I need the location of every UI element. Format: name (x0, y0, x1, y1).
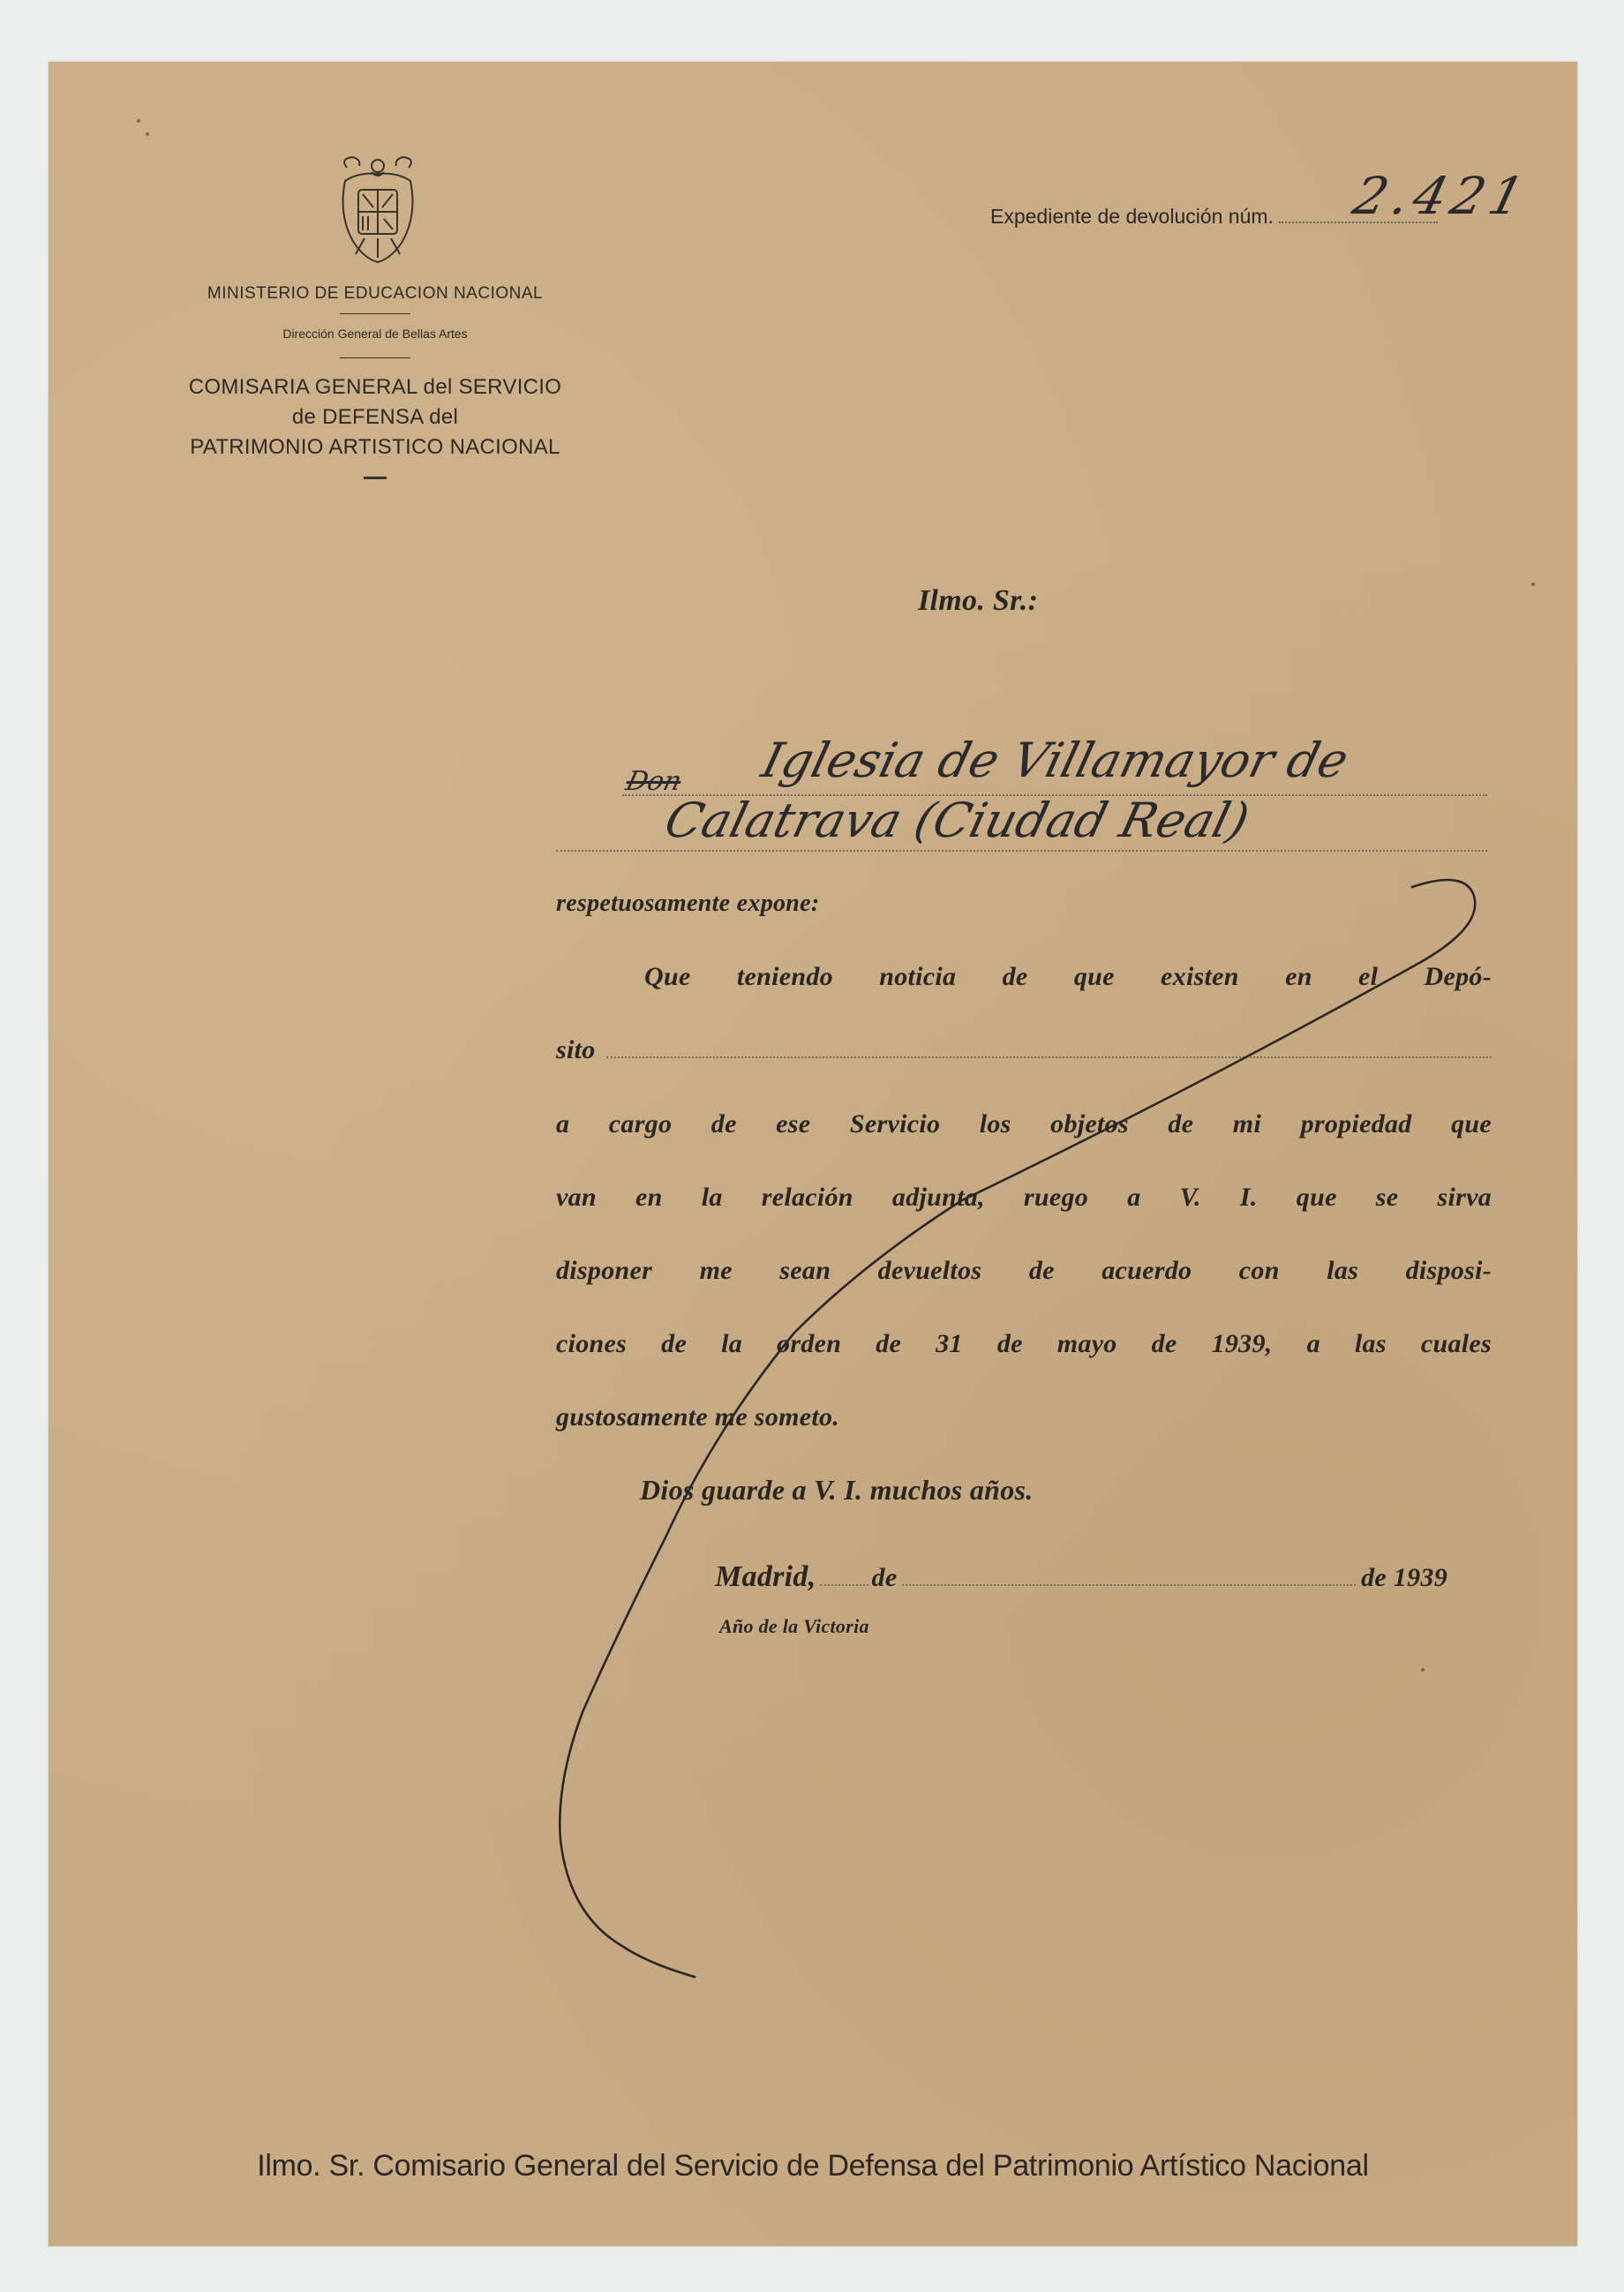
paper-speck (1531, 582, 1535, 586)
paper-speck (1421, 1668, 1425, 1672)
paper-speck (146, 132, 149, 136)
document-page: MINISTERIO DE EDUCACION NACIONAL Direcci… (49, 62, 1577, 2246)
paper-speck (137, 119, 140, 123)
footer-addressee: Ilmo. Sr. Comisario General del Servicio… (49, 2149, 1577, 2183)
cancellation-stroke (49, 62, 1577, 2246)
